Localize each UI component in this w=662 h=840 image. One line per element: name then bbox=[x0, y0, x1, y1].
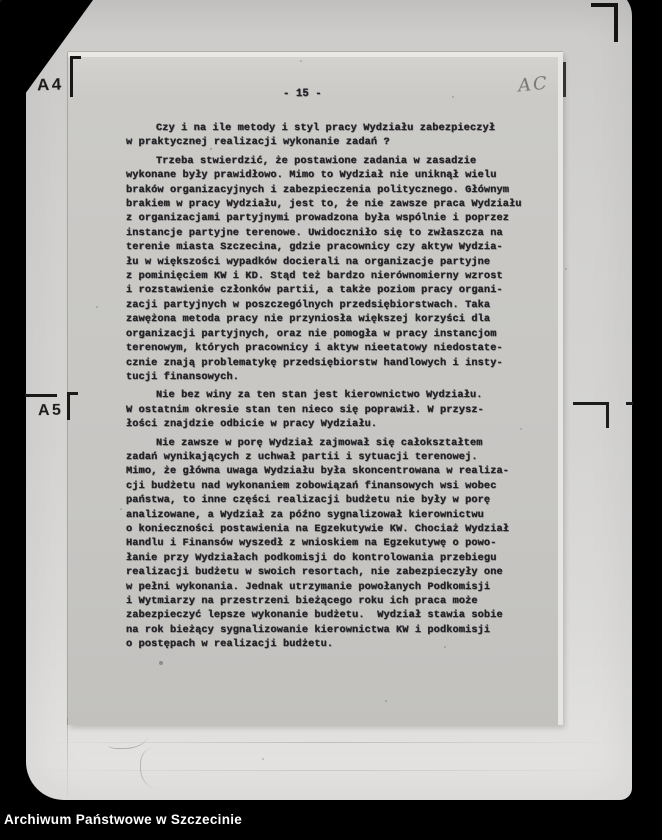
text-line: zadań wynikających z uchwał partii i syt… bbox=[126, 450, 530, 464]
text-line: łanie przy Wydziałach podkomisji do kont… bbox=[126, 551, 530, 565]
text-line: terenowym, których pracownicy i aktyw ni… bbox=[126, 341, 530, 355]
text-line: analizowane, a Wydział za późno sygnaliz… bbox=[126, 508, 530, 522]
text-line: łu w większości wypadków docierali na or… bbox=[126, 255, 530, 269]
text-line: braków organizacyjnych i zabezpieczenia … bbox=[126, 183, 530, 197]
text-line: z pominięciem KW i KD. Stąd też bardzo n… bbox=[126, 269, 530, 283]
text-line: i Wytmiarzy na przestrzeni bieżącego rok… bbox=[126, 594, 530, 608]
text-line: państwa, to inne części realizacji budże… bbox=[126, 493, 530, 507]
page-number: - 15 - bbox=[283, 88, 322, 100]
text-line: w praktycznej realizacji wykonanie zadań… bbox=[126, 135, 530, 149]
handwritten-mark: AC bbox=[517, 72, 550, 96]
text-line: w pełni wykonania. Jednak utrzymanie pow… bbox=[126, 580, 530, 594]
text-line: W ostatnim okresie stan ten nieco się po… bbox=[126, 403, 530, 417]
text-line: Nie zawsze w porę Wydział zajmował się c… bbox=[126, 436, 530, 450]
text-line: zacji partyjnych w poszczególnych przeds… bbox=[126, 298, 530, 312]
text-line: Czy i na ile metody i styl pracy Wydział… bbox=[126, 121, 530, 135]
text-line: Trzeba stwierdzić, że postawione zadania… bbox=[126, 154, 530, 168]
margin-label-a4: A4 bbox=[37, 75, 64, 96]
paragraph: Nie zawsze w porę Wydział zajmował się c… bbox=[126, 436, 530, 652]
text-line: o konieczności postawienia na Egzekutywi… bbox=[126, 522, 530, 536]
paragraph: Trzeba stwierdzić, że postawione zadania… bbox=[126, 154, 530, 385]
text-line: Mimo, że główna uwaga Wydziału była skon… bbox=[126, 464, 530, 478]
paper-crease bbox=[32, 770, 624, 771]
paper-speckles bbox=[0, 0, 2, 2]
text-line: łości znajdzie odbicie w pracy Wydziału. bbox=[126, 417, 530, 431]
text-line: cznie znają problematykę przedsiębiorstw… bbox=[126, 356, 530, 370]
page-edge-mark bbox=[563, 62, 566, 97]
text-line: z organizacjami partyjnymi prowadzona by… bbox=[126, 211, 530, 225]
text-line: zawężona metoda pracy nie przyniosła wię… bbox=[126, 312, 530, 326]
text-line: cji budżetu nad wykonaniem zobowiązań fi… bbox=[126, 479, 530, 493]
text-line: organizacji partyjnych, oraz nie pomogła… bbox=[126, 327, 530, 341]
margin-label-a5: A5 bbox=[38, 402, 64, 420]
text-line: zabezpieczyć lepsze wykonanie budżetu. W… bbox=[126, 608, 530, 622]
text-line: i rozstawienie członków partii, a także … bbox=[126, 283, 530, 297]
footer-bar: Archiwum Państwowe w Szczecinie bbox=[0, 800, 662, 840]
text-line: brakiem w pracy Wydziału, jest to, że ni… bbox=[126, 197, 530, 211]
crop-mark-a5-line bbox=[25, 394, 57, 397]
archive-name: Archiwum Państwowe w Szczecinie bbox=[4, 812, 242, 827]
crop-mark-right-middle bbox=[573, 402, 609, 428]
scanned-document-view: - 15 - Czy i na ile metody i styl pracy … bbox=[0, 0, 662, 840]
text-line: tucji finansowych. bbox=[126, 370, 530, 384]
text-line: instancje partyjne terenowe. Uwidoczniło… bbox=[126, 226, 530, 240]
text-line: Handlu i Finansów wyszedł z wnioskiem na… bbox=[126, 536, 530, 550]
typewritten-text: Czy i na ile metody i styl pracy Wydział… bbox=[126, 121, 530, 652]
paper-scratch bbox=[140, 748, 171, 788]
text-line: Nie bez winy za ten stan jest kierownict… bbox=[126, 388, 530, 402]
crop-mark-right-tick bbox=[626, 402, 633, 405]
crop-mark-top-right bbox=[591, 3, 618, 42]
text-line: na rok bieżący sygnalizowanie kierownict… bbox=[126, 623, 530, 637]
crop-mark-a4-bracket bbox=[70, 56, 81, 97]
text-line: realizacji budżetu w swoich resortach, n… bbox=[126, 565, 530, 579]
text-line: terenie miasta Szczecina, gdzie pracowni… bbox=[126, 240, 530, 254]
paragraph: Nie bez winy za ten stan jest kierownict… bbox=[126, 388, 530, 431]
text-line: o postępach w realizacji budżetu. bbox=[126, 637, 530, 651]
text-line: wykonane były prawidłowo. Mimo to Wydzia… bbox=[126, 168, 530, 182]
paragraph: Czy i na ile metody i styl pracy Wydział… bbox=[126, 121, 530, 150]
paper-crease-vertical bbox=[67, 718, 68, 798]
crop-mark-a5-bracket bbox=[67, 392, 78, 420]
